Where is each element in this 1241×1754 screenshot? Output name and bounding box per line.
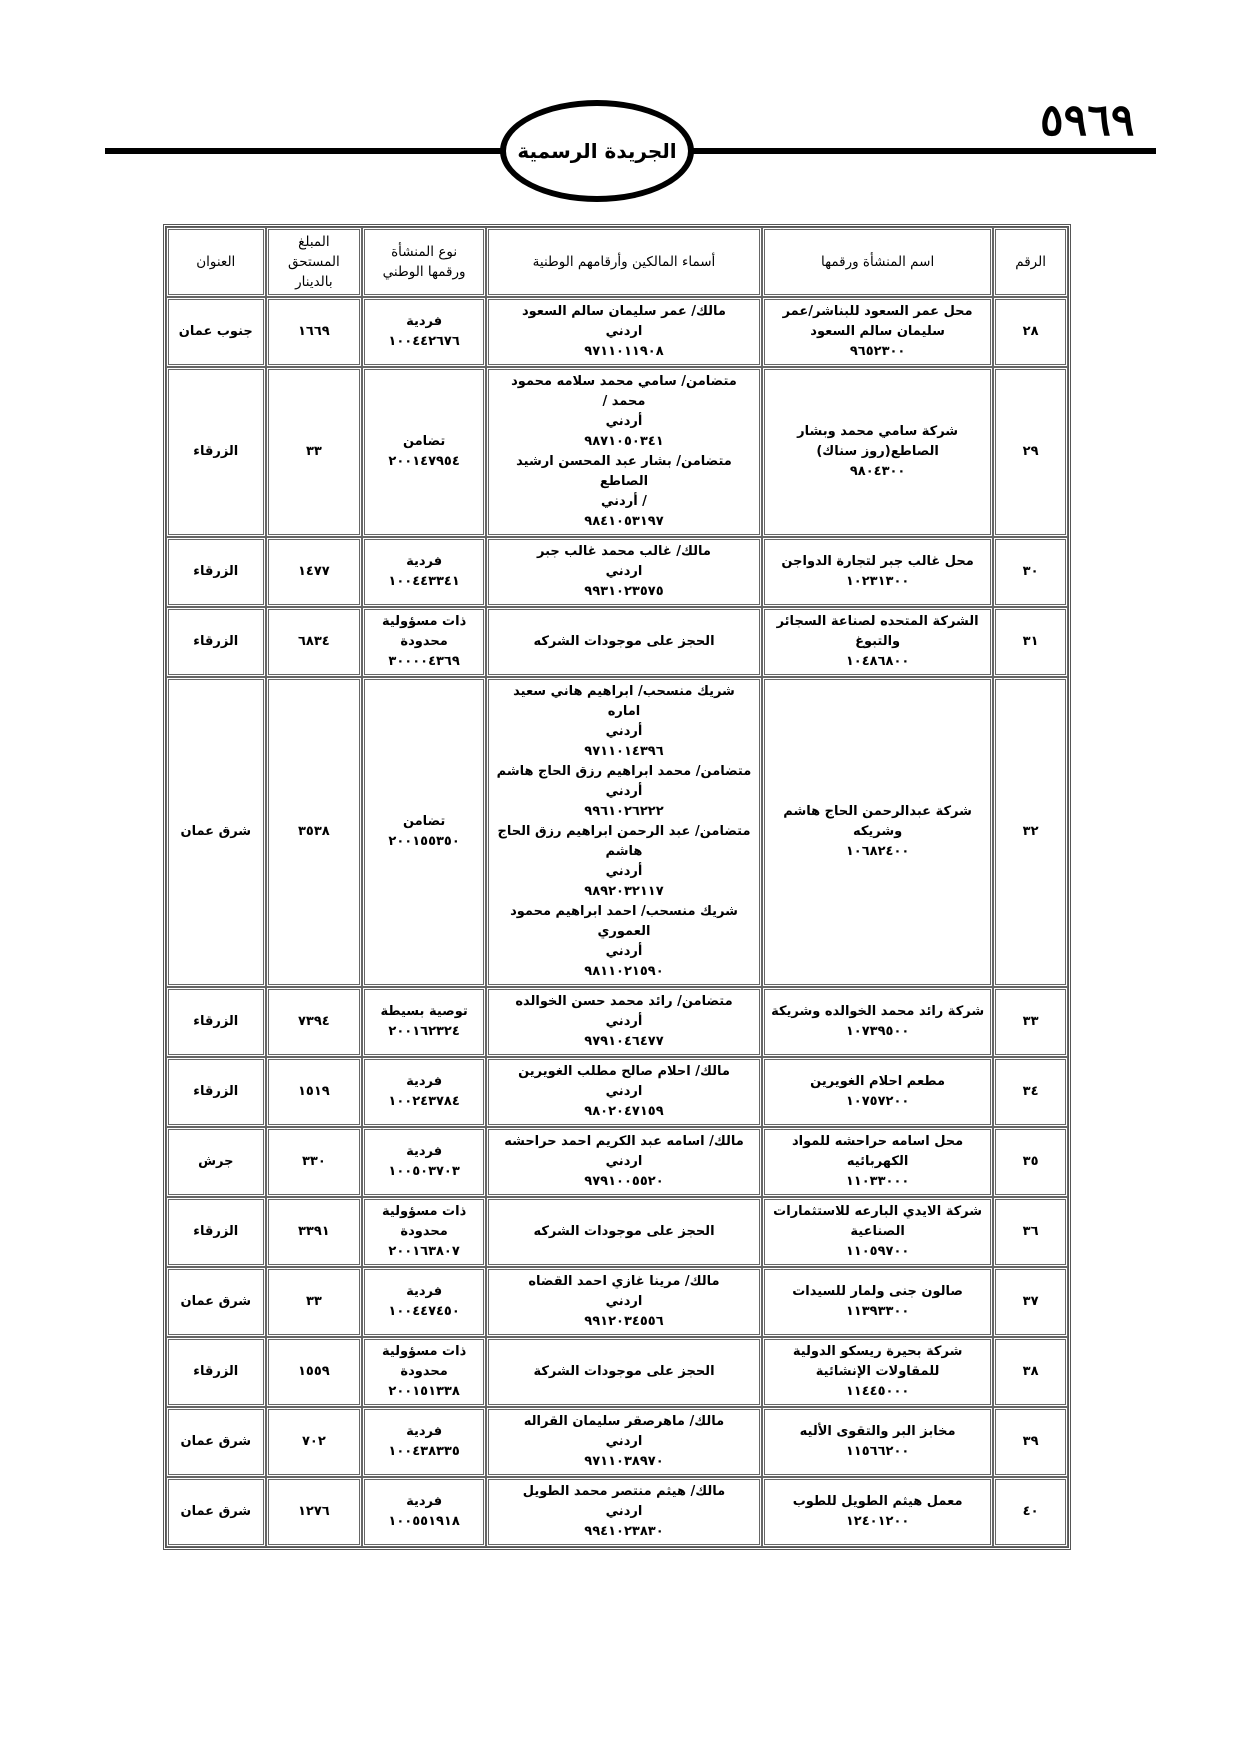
establishment-type-line: فردية <box>371 1422 477 1442</box>
establishment-name-line: ١٠٧٥٧٢٠٠ <box>771 1092 984 1112</box>
col-header-establishment: اسم المنشأة ورقمها <box>762 227 993 297</box>
owners-info-line: اردني <box>495 1292 753 1312</box>
header-rule-right <box>690 148 1156 154</box>
owners-info-line: ٩٩٦١٠٢٦٢٢٢ <box>495 802 753 822</box>
owners-info-line: هاشم <box>495 842 753 862</box>
establishment-type: ذات مسؤوليةمحدودة٣٠٠٠٠٤٣٦٩ <box>362 607 486 677</box>
amount-due: ٣٥٣٨ <box>266 677 363 987</box>
table-row: ٣٠محل غالب جبر لتجارة الدواجن١٠٢٣١٣٠٠مال… <box>166 537 1068 607</box>
establishment-type-line: ذات مسؤولية <box>371 1342 477 1362</box>
establishment-type-line: ١٠٠٤٤٣٣٤١ <box>371 572 477 592</box>
owners-info-line: اردني <box>495 1152 753 1172</box>
owners-info-line: ٩٩٤١٠٢٣٨٣٠ <box>495 1522 753 1542</box>
owners-info: مالك/ عمر سليمان سالم السعوداردني٩٧١١٠١١… <box>486 297 762 367</box>
owners-info-line: مالك/ اسامه عبد الكريم احمد حراحشه <box>495 1132 753 1152</box>
establishment-name: محل عمر السعود للبناشر/عمرسليمان سالم ال… <box>762 297 993 367</box>
establishment-type-line: فردية <box>371 1492 477 1512</box>
address: جنوب عمان <box>166 297 266 367</box>
establishment-name-line: شركة بحيرة ريسكو الدولية <box>771 1342 984 1362</box>
owners-info-line: متضامن/ بشار عبد المحسن ارشيد الصاطع <box>495 452 753 492</box>
col-header-amount: المبلغ المستحق بالدينار <box>266 227 363 297</box>
owners-info: الحجز على موجودات الشركة <box>486 1337 762 1407</box>
table-header-row: الرقم اسم المنشأة ورقمها أسماء المالكين … <box>166 227 1068 297</box>
address: الزرقاء <box>166 537 266 607</box>
establishment-type: تضامن٢٠٠١٥٥٣٥٠ <box>362 677 486 987</box>
establishment-type: فردية١٠٠٤٣٨٣٣٥ <box>362 1407 486 1477</box>
owners-info-line: ٩٧١١٠١٤٣٩٦ <box>495 742 753 762</box>
table-row: ٣١الشركة المتحده لصناعة السجائروالتبوغ١٠… <box>166 607 1068 677</box>
table-row: ٣٩مخابز البر والتقوى الأليه١١٥٦٦٢٠٠مالك/… <box>166 1407 1068 1477</box>
address: الزرقاء <box>166 607 266 677</box>
establishment-type-line: ١٠٠٥٥١٩١٨ <box>371 1512 477 1532</box>
establishment-name: الشركة المتحده لصناعة السجائروالتبوغ١٠٤٨… <box>762 607 993 677</box>
establishment-type: فردية١٠٠٤٤٧٤٥٠ <box>362 1267 486 1337</box>
establishment-name: معمل هيثم الطويل للطوب١٢٤٠١٢٠٠ <box>762 1477 993 1547</box>
owners-info-line: ٩٨٠٢٠٤٧١٥٩ <box>495 1102 753 1122</box>
establishment-type-line: تضامن <box>371 432 477 452</box>
owners-info: مالك/ ماهرصقر سليمان القرالهاردني٩٧١١٠٣٨… <box>486 1407 762 1477</box>
establishment-type-line: محدودة <box>371 1362 477 1382</box>
col-header-address: العنوان <box>166 227 266 297</box>
row-number: ٤٠ <box>993 1477 1068 1547</box>
establishment-name: صالون جنى ولمار للسيدات١١٣٩٣٣٠٠ <box>762 1267 993 1337</box>
row-number: ٣٦ <box>993 1197 1068 1267</box>
establishment-type-line: ٢٠٠١٦٣٨٠٧ <box>371 1242 477 1262</box>
establishment-name: شركة رائد محمد الخوالده وشريكة١٠٧٣٩٥٠٠ <box>762 987 993 1057</box>
establishment-type: فردية١٠٠٢٤٣٧٨٤ <box>362 1057 486 1127</box>
address: الزرقاء <box>166 367 266 537</box>
establishment-type-line: فردية <box>371 552 477 572</box>
address: الزرقاء <box>166 987 266 1057</box>
establishment-name-line: الشركة المتحده لصناعة السجائر <box>771 612 984 632</box>
owners-info: مالك/ اسامه عبد الكريم احمد حراحشهاردني٩… <box>486 1127 762 1197</box>
row-number: ٣٠ <box>993 537 1068 607</box>
establishment-name-line: محل غالب جبر لتجارة الدواجن <box>771 552 984 572</box>
establishment-name: شركة سامي محمد وبشارالصاطع(روز سناك)٩٨٠٤… <box>762 367 993 537</box>
owners-info-line: العموري <box>495 922 753 942</box>
establishment-type-line: محدودة <box>371 1222 477 1242</box>
header-rule-left <box>105 148 505 154</box>
establishment-type: فردية١٠٠٤٤٣٣٤١ <box>362 537 486 607</box>
owners-info-line: اردني <box>495 1082 753 1102</box>
establishment-name-line: ١١٠٣٣٠٠٠ <box>771 1172 984 1192</box>
owners-info-line: متضامن/ رائد محمد حسن الخوالده <box>495 992 753 1012</box>
amount-due: ٣٣ <box>266 367 363 537</box>
establishment-name-line: الكهربائيه <box>771 1152 984 1172</box>
owners-info-line: ٩٨٤١٠٥٣١٩٧ <box>495 512 753 532</box>
col-header-number: الرقم <box>993 227 1068 297</box>
table-row: ٢٩شركة سامي محمد وبشارالصاطع(روز سناك)٩٨… <box>166 367 1068 537</box>
establishment-type-line: توصية بسيطة <box>371 1002 477 1022</box>
establishment-name-line: والتبوغ <box>771 632 984 652</box>
amount-due: ٣٣٠ <box>266 1127 363 1197</box>
owners-info: متضامن/ رائد محمد حسن الخوالدهأردني٩٧٩١٠… <box>486 987 762 1057</box>
establishment-name-line: ١١٠٥٩٧٠٠ <box>771 1242 984 1262</box>
establishment-type-line: ذات مسؤولية <box>371 1202 477 1222</box>
establishment-name-line: شركة رائد محمد الخوالده وشريكة <box>771 1002 984 1022</box>
row-number: ٣٣ <box>993 987 1068 1057</box>
owners-info-line: ٩٧١١٠١١٩٠٨ <box>495 342 753 362</box>
owners-info-line: الحجز على موجودات الشركة <box>495 1362 753 1382</box>
address: شرق عمان <box>166 1267 266 1337</box>
establishment-name-line: معمل هيثم الطويل للطوب <box>771 1492 984 1512</box>
establishment-name: مخابز البر والتقوى الأليه١١٥٦٦٢٠٠ <box>762 1407 993 1477</box>
establishment-type-line: ٢٠٠١٦٢٣٢٤ <box>371 1022 477 1042</box>
owners-info-line: ٩٨١١٠٢١٥٩٠ <box>495 962 753 982</box>
owners-info-line: ٩٨٧١٠٥٠٣٤١ <box>495 432 753 452</box>
owners-info: مالك/ احلام صالح مطلب الغويريناردني٩٨٠٢٠… <box>486 1057 762 1127</box>
table-row: ٤٠معمل هيثم الطويل للطوب١٢٤٠١٢٠٠مالك/ هي… <box>166 1477 1068 1547</box>
table-row: ٢٨محل عمر السعود للبناشر/عمرسليمان سالم … <box>166 297 1068 367</box>
owners-info-line: الحجز على موجودات الشركه <box>495 632 753 652</box>
establishment-type: توصية بسيطة٢٠٠١٦٢٣٢٤ <box>362 987 486 1057</box>
owners-info-line: اردني <box>495 1432 753 1452</box>
owners-info-line: اردني <box>495 562 753 582</box>
establishment-name-line: محل اسامه حراحشه للمواد <box>771 1132 984 1152</box>
owners-info-line: مالك/ مرينا غازي احمد القضاه <box>495 1272 753 1292</box>
establishment-type-line: ٣٠٠٠٠٤٣٦٩ <box>371 652 477 672</box>
owners-info-line: متضامن/ عبد الرحمن ابراهيم رزق الحاج <box>495 822 753 842</box>
owners-info: شريك منسحب/ ابراهيم هاني سعيد امارهأردني… <box>486 677 762 987</box>
establishment-type-line: فردية <box>371 1142 477 1162</box>
owners-info-line: متضامن/ محمد ابراهيم رزق الحاج هاشم <box>495 762 753 782</box>
owners-info: مالك/ هيثم منتصر محمد الطويلاردني٩٩٤١٠٢٣… <box>486 1477 762 1547</box>
owners-info-line: اردني <box>495 322 753 342</box>
col-header-type: نوع المنشأة ورقمها الوطني <box>362 227 486 297</box>
amount-due: ٣٣ <box>266 1267 363 1337</box>
establishment-name-line: الصاطع(روز سناك) <box>771 442 984 462</box>
establishment-type-line: ١٠٠٢٤٣٧٨٤ <box>371 1092 477 1112</box>
owners-info-line: مالك/ هيثم منتصر محمد الطويل <box>495 1482 753 1502</box>
table-row: ٣٣شركة رائد محمد الخوالده وشريكة١٠٧٣٩٥٠٠… <box>166 987 1068 1057</box>
establishment-name-line: ١٠٤٨٦٨٠٠ <box>771 652 984 672</box>
owners-info: الحجز على موجودات الشركه <box>486 607 762 677</box>
establishment-name-line: شركة الايدي البارعه للاستثمارات <box>771 1202 984 1222</box>
establishment-type-line: ٢٠٠١٤٧٩٥٤ <box>371 452 477 472</box>
establishment-type-line: فردية <box>371 1072 477 1092</box>
establishment-type-line: تضامن <box>371 812 477 832</box>
establishment-name: شركة الايدي البارعه للاستثماراتالصناعية١… <box>762 1197 993 1267</box>
companies-table: الرقم اسم المنشأة ورقمها أسماء المالكين … <box>163 224 1071 1550</box>
establishment-type-line: فردية <box>371 312 477 332</box>
establishment-name-line: ١٠٧٣٩٥٠٠ <box>771 1022 984 1042</box>
establishment-name-line: محل عمر السعود للبناشر/عمر <box>771 302 984 322</box>
table-row: ٣٦شركة الايدي البارعه للاستثماراتالصناعي… <box>166 1197 1068 1267</box>
owners-info-line: مالك/ عمر سليمان سالم السعود <box>495 302 753 322</box>
owners-info-line: أردني <box>495 942 753 962</box>
owners-info-line: ٩٧١١٠٣٨٩٧٠ <box>495 1452 753 1472</box>
establishment-type: تضامن٢٠٠١٤٧٩٥٤ <box>362 367 486 537</box>
owners-info-line: مالك/ ماهرصقر سليمان القراله <box>495 1412 753 1432</box>
owners-info-line: أردني <box>495 782 753 802</box>
row-number: ٣٤ <box>993 1057 1068 1127</box>
owners-info-line: أردني <box>495 412 753 432</box>
establishment-type-line: ذات مسؤولية <box>371 612 477 632</box>
owners-info-line: أردني <box>495 722 753 742</box>
gazette-title: الجريدة الرسمية <box>517 139 676 163</box>
amount-due: ٦٨٣٤ <box>266 607 363 677</box>
owners-info: الحجز على موجودات الشركه <box>486 1197 762 1267</box>
row-number: ٣٧ <box>993 1267 1068 1337</box>
amount-due: ١٤٧٧ <box>266 537 363 607</box>
establishment-name-line: ١١٣٩٣٣٠٠ <box>771 1302 984 1322</box>
establishment-name-line: مخابز البر والتقوى الأليه <box>771 1422 984 1442</box>
establishment-name-line: ١٢٤٠١٢٠٠ <box>771 1512 984 1532</box>
establishment-name-line: صالون جنى ولمار للسيدات <box>771 1282 984 1302</box>
owners-info-line: متضامن/ سامي محمد سلامه محمود محمد / <box>495 372 753 412</box>
owners-info-line: ٩٧٩١٠٠٥٥٢٠ <box>495 1172 753 1192</box>
table-row: ٣٥محل اسامه حراحشه للموادالكهربائيه١١٠٣٣… <box>166 1127 1068 1197</box>
table-row: ٣٧صالون جنى ولمار للسيدات١١٣٩٣٣٠٠مالك/ م… <box>166 1267 1068 1337</box>
amount-due: ٣٣٩١ <box>266 1197 363 1267</box>
establishment-name-line: ١١٤٤٥٠٠٠ <box>771 1382 984 1402</box>
establishment-name: مطعم احلام الغويرين١٠٧٥٧٢٠٠ <box>762 1057 993 1127</box>
owners-info-line: شريك منسحب/ ابراهيم هاني سعيد اماره <box>495 682 753 722</box>
row-number: ٢٨ <box>993 297 1068 367</box>
establishment-type-line: محدودة <box>371 632 477 652</box>
owners-info: مالك/ مرينا غازي احمد القضاهاردني٩٩١٢٠٣٤… <box>486 1267 762 1337</box>
establishment-name: محل اسامه حراحشه للموادالكهربائيه١١٠٣٣٠٠… <box>762 1127 993 1197</box>
owners-info-line: الحجز على موجودات الشركه <box>495 1222 753 1242</box>
establishment-name-line: ١١٥٦٦٢٠٠ <box>771 1442 984 1462</box>
owners-info-line: ٩٩١٢٠٣٤٥٥٦ <box>495 1312 753 1332</box>
establishment-name-line: مطعم احلام الغويرين <box>771 1072 984 1092</box>
col-header-owners: أسماء المالكين وأرقامهم الوطنية <box>486 227 762 297</box>
establishment-type: فردية١٠٠٥٠٣٧٠٣ <box>362 1127 486 1197</box>
establishment-name-line: للمقاولات الإنشائية <box>771 1362 984 1382</box>
row-number: ٣١ <box>993 607 1068 677</box>
amount-due: ١٦٦٩ <box>266 297 363 367</box>
page-number: ٥٩٦٩ <box>1040 95 1135 146</box>
establishment-type: ذات مسؤوليةمحدودة٢٠٠١٦٣٨٠٧ <box>362 1197 486 1267</box>
address: الزرقاء <box>166 1057 266 1127</box>
amount-due: ١٥١٩ <box>266 1057 363 1127</box>
address: شرق عمان <box>166 1407 266 1477</box>
establishment-name-line: سليمان سالم السعود <box>771 322 984 342</box>
establishment-type-line: ٢٠٠١٥٥٣٥٠ <box>371 832 477 852</box>
establishment-type-line: ١٠٠٤٤٢٦٧٦ <box>371 332 477 352</box>
owners-info-line: اردني <box>495 1502 753 1522</box>
owners-info: مالك/ غالب محمد غالب جبراردني٩٩٣١٠٢٣٥٧٥ <box>486 537 762 607</box>
owners-info-line: ٩٧٩١٠٤٦٤٧٧ <box>495 1032 753 1052</box>
establishment-type-line: ١٠٠٥٠٣٧٠٣ <box>371 1162 477 1182</box>
establishment-type-line: ١٠٠٤٤٧٤٥٠ <box>371 1302 477 1322</box>
row-number: ٣٨ <box>993 1337 1068 1407</box>
establishment-name-line: وشريكه <box>771 822 984 842</box>
establishment-name-line: ٩٦٥٢٣٠٠ <box>771 342 984 362</box>
table-row: ٣٨شركة بحيرة ريسكو الدوليةللمقاولات الإن… <box>166 1337 1068 1407</box>
establishment-type: ذات مسؤوليةمحدودة٢٠٠١٥١٣٣٨ <box>362 1337 486 1407</box>
row-number: ٣٥ <box>993 1127 1068 1197</box>
owners-info-line: شريك منسحب/ احمد ابراهيم محمود <box>495 902 753 922</box>
owners-info-line: مالك/ احلام صالح مطلب الغويرين <box>495 1062 753 1082</box>
owners-info-line: أردني <box>495 862 753 882</box>
owners-info-line: مالك/ غالب محمد غالب جبر <box>495 542 753 562</box>
amount-due: ١٥٥٩ <box>266 1337 363 1407</box>
address: الزرقاء <box>166 1197 266 1267</box>
establishment-type: فردية١٠٠٥٥١٩١٨ <box>362 1477 486 1547</box>
owners-info: متضامن/ سامي محمد سلامه محمود محمد /أردن… <box>486 367 762 537</box>
amount-due: ٧٣٩٤ <box>266 987 363 1057</box>
establishment-name-line: الصناعية <box>771 1222 984 1242</box>
owners-info-line: أردني <box>495 1012 753 1032</box>
establishment-type-line: ١٠٠٤٣٨٣٣٥ <box>371 1442 477 1462</box>
establishment-name-line: شركة عبدالرحمن الحاج هاشم <box>771 802 984 822</box>
establishment-type-line: ٢٠٠١٥١٣٣٨ <box>371 1382 477 1402</box>
row-number: ٢٩ <box>993 367 1068 537</box>
owners-info-line: / أردني <box>495 492 753 512</box>
row-number: ٣٩ <box>993 1407 1068 1477</box>
amount-due: ٧٠٢ <box>266 1407 363 1477</box>
amount-due: ١٢٧٦ <box>266 1477 363 1547</box>
address: شرق عمان <box>166 677 266 987</box>
establishment-name-line: شركة سامي محمد وبشار <box>771 422 984 442</box>
table-row: ٣٢شركة عبدالرحمن الحاج هاشموشريكه١٠٦٨٢٤٠… <box>166 677 1068 987</box>
establishment-name: شركة عبدالرحمن الحاج هاشموشريكه١٠٦٨٢٤٠٠ <box>762 677 993 987</box>
row-number: ٣٢ <box>993 677 1068 987</box>
gazette-title-oval: الجريدة الرسمية <box>500 100 694 202</box>
establishment-type: فردية١٠٠٤٤٢٦٧٦ <box>362 297 486 367</box>
address: شرق عمان <box>166 1477 266 1547</box>
owners-info-line: ٩٨٩٢٠٣٢١١٧ <box>495 882 753 902</box>
owners-info-line: ٩٩٣١٠٢٣٥٧٥ <box>495 582 753 602</box>
establishment-type-line: فردية <box>371 1282 477 1302</box>
establishment-name: شركة بحيرة ريسكو الدوليةللمقاولات الإنشا… <box>762 1337 993 1407</box>
establishment-name-line: ٩٨٠٤٣٠٠ <box>771 462 984 482</box>
establishment-name-line: ١٠٦٨٢٤٠٠ <box>771 842 984 862</box>
establishment-name-line: ١٠٢٣١٣٠٠ <box>771 572 984 592</box>
address: جرش <box>166 1127 266 1197</box>
address: الزرقاء <box>166 1337 266 1407</box>
establishment-name: محل غالب جبر لتجارة الدواجن١٠٢٣١٣٠٠ <box>762 537 993 607</box>
table-row: ٣٤مطعم احلام الغويرين١٠٧٥٧٢٠٠مالك/ احلام… <box>166 1057 1068 1127</box>
